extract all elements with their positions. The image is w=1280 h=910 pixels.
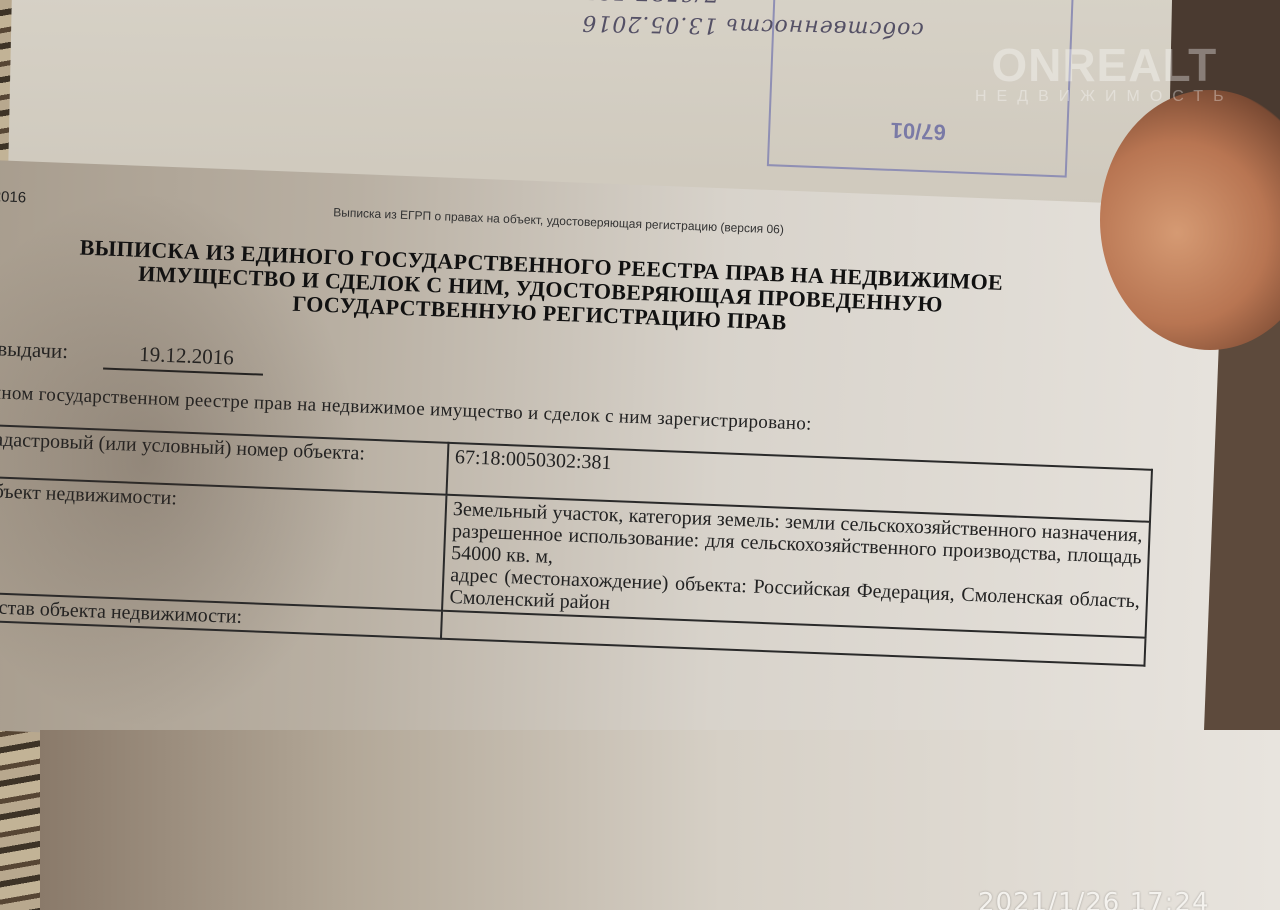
watermark: ONREALT НЕДВИЖИМОСТЬ [975,38,1234,106]
camera-timestamp: 2021/1/26 17:24 [978,888,1210,910]
header-note: Выписка из ЕГРП о правах на объект, удос… [333,205,784,236]
stamp-code: 67/01 [770,112,1067,149]
handwritten-note: 7/6537-53774 [552,0,719,6]
lower-paper [40,730,1280,910]
shadow [0,190,360,730]
photo-scene: 7/6537-53774 собственность 13.05.2016 67… [0,0,1280,910]
